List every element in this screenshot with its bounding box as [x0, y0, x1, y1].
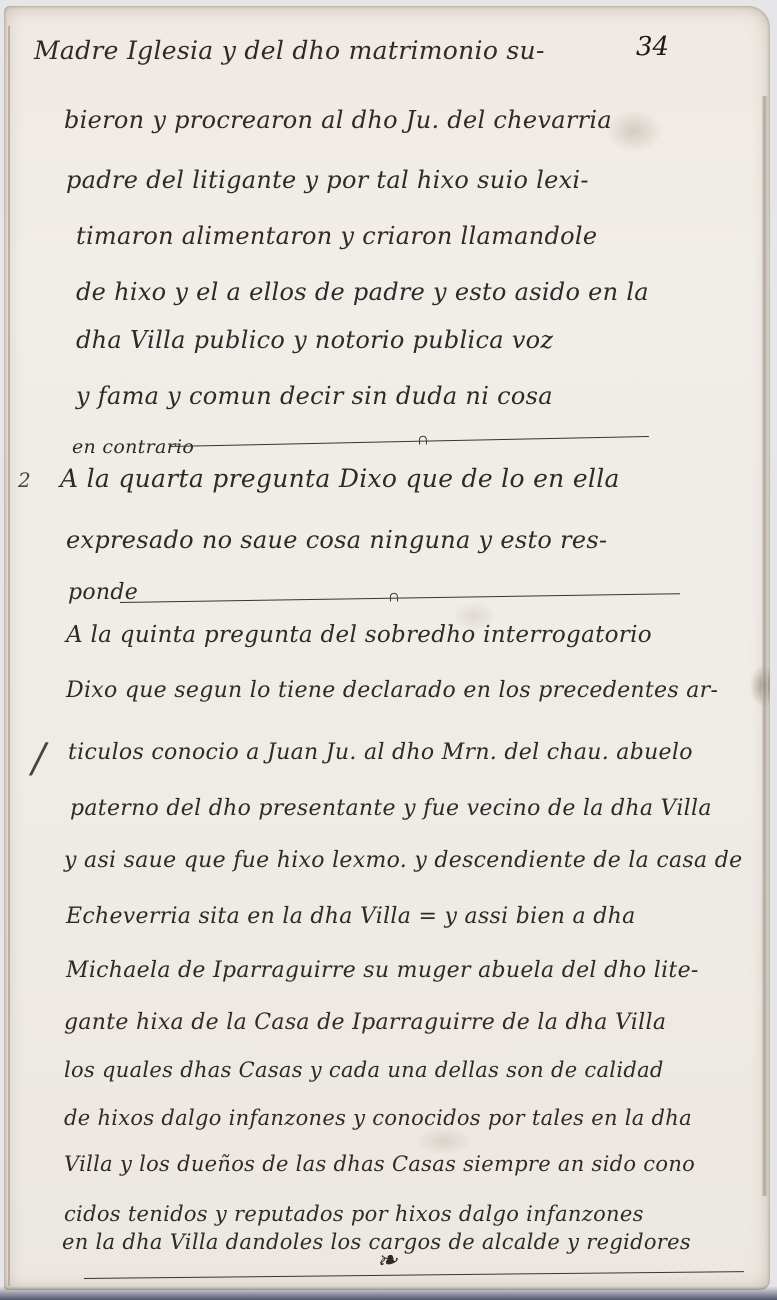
manuscript-line-17: Echeverria sita en la dha Villa = y assi… [66, 904, 636, 929]
manuscript-line-16: y asi saue que fue hixo lexmo. y descend… [64, 848, 742, 873]
scan-background [0, 1286, 777, 1300]
manuscript-line-4: timaron alimentaron y criaron llamandole [76, 222, 597, 250]
manuscript-line-10: expresado no saue cosa ninguna y esto re… [66, 526, 607, 554]
manuscript-line-6: dha Villa publico y notorio publica voz [76, 326, 553, 354]
manuscript-line-21: de hixos dalgo infanzones y conocidos po… [64, 1106, 692, 1130]
manuscript-line-3: padre del litigante y por tal hixo suio … [66, 166, 589, 194]
folio-number: 34 [636, 32, 669, 62]
separator-rule-3 [84, 1271, 744, 1279]
manuscript-line-23: cidos tenidos y reputados por hixos dalg… [64, 1202, 644, 1226]
separator-rule-1 [169, 436, 649, 447]
manuscript-scan: 34 Madre Iglesia y del dho matrimonio su… [0, 0, 777, 1300]
signature-rubric: ❧ [374, 1245, 400, 1278]
manuscript-line-19: gante hixa de la Casa de Iparraguirre de… [64, 1010, 666, 1035]
manuscript-line-1: Madre Iglesia y del dho matrimonio su- [34, 36, 545, 65]
manuscript-line-22: Villa y los dueños de las dhas Casas sie… [64, 1152, 695, 1176]
manuscript-line-5: de hixo y el a ellos de padre y esto asi… [76, 278, 649, 306]
manuscript-line-2: bieron y procrearon al dho Ju. del cheva… [64, 106, 612, 134]
manuscript-line-20: los quales dhas Casas y cada una dellas … [64, 1058, 664, 1082]
margin-mark-2: / [32, 736, 45, 782]
manuscript-line-18: Michaela de Iparraguirre su muger abuela… [66, 958, 699, 983]
margin-mark-1: 2 [18, 468, 31, 492]
page-edge [762, 96, 768, 1196]
manuscript-line-13: Dixo que segun lo tiene declarado en los… [66, 678, 718, 703]
manuscript-line-12: A la quinta pregunta del sobredho interr… [66, 622, 652, 648]
manuscript-page: 34 Madre Iglesia y del dho matrimonio su… [4, 6, 770, 1290]
manuscript-line-7: y fama y comun decir sin duda ni cosa [76, 382, 553, 410]
manuscript-line-9: A la quarta pregunta Dixo que de lo en e… [60, 464, 620, 493]
binding-edge [8, 26, 10, 1286]
manuscript-line-8: en contrario [72, 436, 194, 458]
manuscript-line-14: ticulos conocio a Juan Ju. al dho Mrn. d… [68, 740, 693, 765]
separator-rule-2 [120, 593, 680, 603]
manuscript-line-15: paterno del dho presentante y fue vecino… [70, 796, 712, 821]
